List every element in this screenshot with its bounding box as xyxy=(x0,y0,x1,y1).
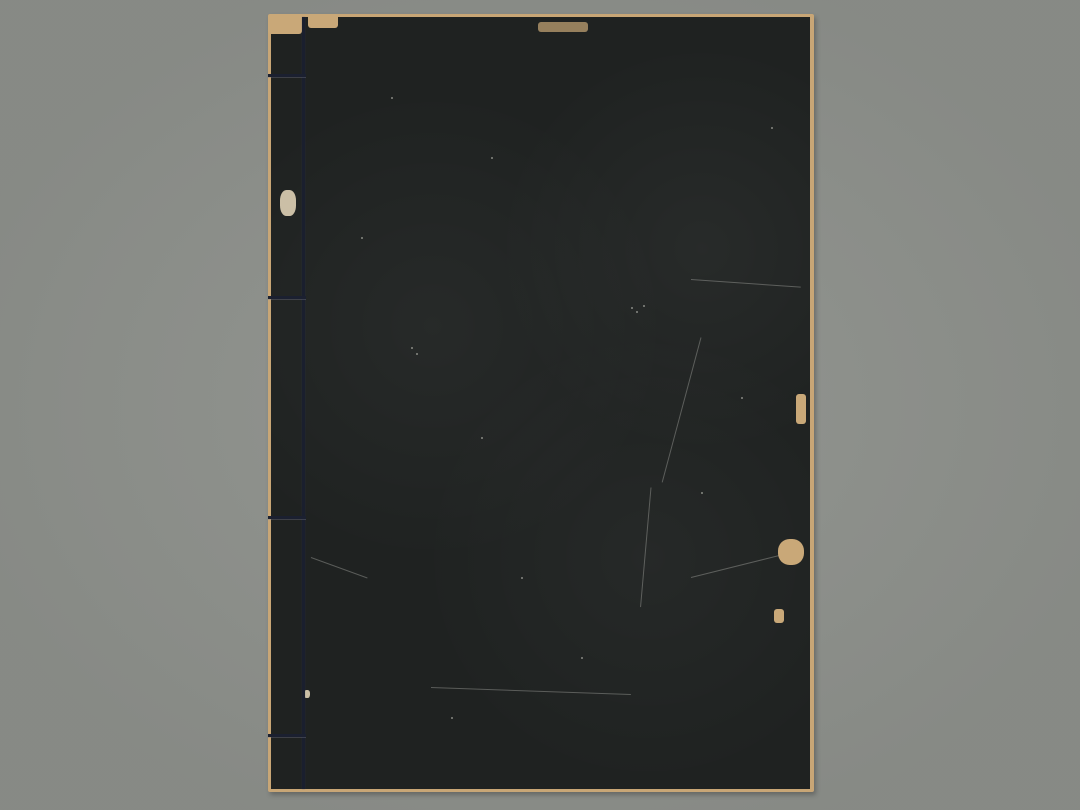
surface-crack xyxy=(431,687,631,695)
wear-speck xyxy=(636,311,638,313)
book xyxy=(268,14,814,792)
wear-speck xyxy=(491,157,493,159)
binding-stitch xyxy=(268,516,306,519)
wear-speck xyxy=(416,353,418,355)
worn-edge xyxy=(796,394,806,424)
wear-speck xyxy=(481,437,483,439)
binding-stitch xyxy=(268,296,306,299)
binding-spine-line xyxy=(302,17,305,789)
wear-speck xyxy=(361,237,363,239)
surface-crack xyxy=(691,553,788,578)
worn-corner xyxy=(268,14,302,34)
surface-crack xyxy=(640,487,651,607)
surface-crack xyxy=(311,557,368,578)
binding-stitch xyxy=(268,734,306,737)
paper-patch xyxy=(280,190,296,216)
wear-speck xyxy=(411,347,413,349)
wear-speck xyxy=(521,577,523,579)
worn-edge xyxy=(538,22,588,32)
worn-edge xyxy=(308,14,338,28)
binding-stitch xyxy=(268,74,306,77)
wear-speck xyxy=(701,492,703,494)
surface-crack xyxy=(662,337,702,482)
wear-speck xyxy=(643,305,645,307)
wear-speck xyxy=(631,307,633,309)
wear-speck xyxy=(581,657,583,659)
wear-speck xyxy=(771,127,773,129)
wear-speck xyxy=(741,397,743,399)
surface-crack xyxy=(691,279,801,288)
book-cover xyxy=(271,17,810,789)
worn-patch xyxy=(778,539,804,565)
wear-speck xyxy=(391,97,393,99)
worn-edge xyxy=(774,609,784,623)
wear-speck xyxy=(451,717,453,719)
